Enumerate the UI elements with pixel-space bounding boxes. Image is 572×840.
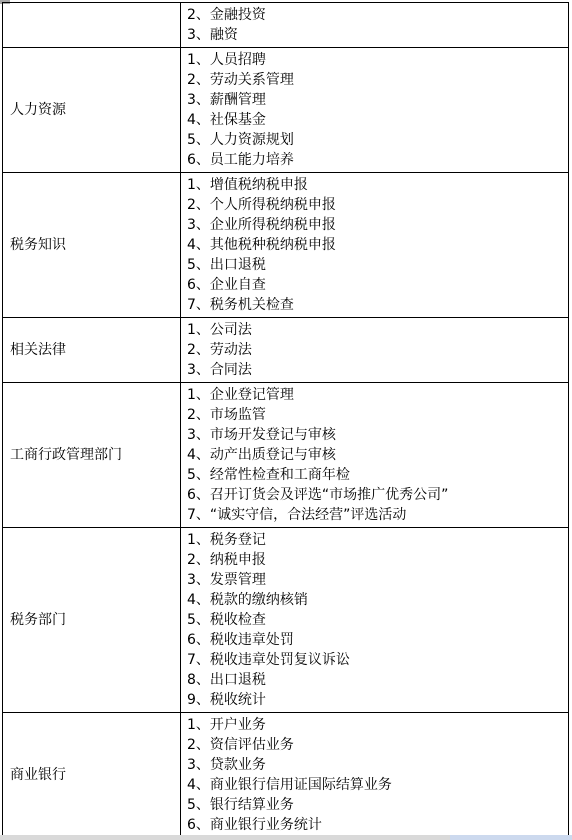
list-item: 4、税款的缴纳核销 [187,590,566,610]
table-row: 相关法律 1、公司法 2、劳动法 3、合同法 [3,318,569,383]
category-cell[interactable]: 人力资源 [3,48,181,173]
list-item: 2、纳税申报 [187,550,566,570]
list-item: 3、融资 [187,25,566,45]
list-item: 9、税收统计 [187,690,566,710]
category-cell[interactable]: 相关法律 [3,318,181,383]
list-item: 5、经常性检查和工商年检 [187,465,566,485]
items-cell[interactable]: 1、公司法 2、劳动法 3、合同法 [181,318,569,383]
list-item: 3、市场开发登记与审核 [187,425,566,445]
items-cell[interactable]: 2、金融投资 3、融资 [181,3,569,48]
table-row: 商业银行 1、开户业务 2、资信评估业务 3、贷款业务 4、商业银行信用证国际结… [3,713,569,838]
list-item: 6、商业银行业务统计 [187,815,566,835]
category-items-table: 2、金融投资 3、融资 人力资源 1、人员招聘 2、劳动关系管理 3、薪酬管理 … [2,2,569,838]
items-cell[interactable]: 1、人员招聘 2、劳动关系管理 3、薪酬管理 4、社保基金 5、人力资源规划 6… [181,48,569,173]
list-item: 4、其他税种税纳税申报 [187,235,566,255]
category-cell[interactable]: 商业银行 [3,713,181,838]
table-row: 2、金融投资 3、融资 [3,3,569,48]
list-item: 3、企业所得税纳税申报 [187,215,566,235]
bottom-edge-blue-artifact [450,835,572,840]
table-body: 2、金融投资 3、融资 人力资源 1、人员招聘 2、劳动关系管理 3、薪酬管理 … [3,3,569,838]
list-item: 2、个人所得税纳税申报 [187,195,566,215]
list-item: 7、“诚实守信，合法经营”评选活动 [187,505,566,525]
list-item: 8、出口退税 [187,670,566,690]
list-item: 1、增值税纳税申报 [187,175,566,195]
category-cell[interactable] [3,3,181,48]
table-row: 税务部门 1、税务登记 2、纳税申报 3、发票管理 4、税款的缴纳核销 5、税收… [3,528,569,713]
list-item: 2、市场监管 [187,405,566,425]
items-cell[interactable]: 1、增值税纳税申报 2、个人所得税纳税申报 3、企业所得税纳税申报 4、其他税种… [181,173,569,318]
list-item: 6、企业自查 [187,275,566,295]
list-item: 6、召开订货会及评选“市场推广优秀公司” [187,485,566,505]
list-item: 2、资信评估业务 [187,735,566,755]
list-item: 3、合同法 [187,360,566,380]
bottom-edge-artifact [0,835,572,840]
list-item: 4、商业银行信用证国际结算业务 [187,775,566,795]
list-item: 2、劳动关系管理 [187,70,566,90]
list-item: 1、开户业务 [187,715,566,735]
list-item: 6、员工能力培养 [187,150,566,170]
list-item: 6、税收违章处罚 [187,630,566,650]
list-item: 2、劳动法 [187,340,566,360]
items-cell[interactable]: 1、开户业务 2、资信评估业务 3、贷款业务 4、商业银行信用证国际结算业务 5… [181,713,569,838]
list-item: 5、税收检查 [187,610,566,630]
table-row: 税务知识 1、增值税纳税申报 2、个人所得税纳税申报 3、企业所得税纳税申报 4… [3,173,569,318]
list-item: 3、薪酬管理 [187,90,566,110]
list-item: 4、动产出质登记与审核 [187,445,566,465]
list-item: 1、税务登记 [187,530,566,550]
category-cell[interactable]: 税务部门 [3,528,181,713]
table-row: 工商行政管理部门 1、企业登记管理 2、市场监管 3、市场开发登记与审核 4、动… [3,383,569,528]
category-cell[interactable]: 税务知识 [3,173,181,318]
list-item: 1、公司法 [187,320,566,340]
list-item: 4、社保基金 [187,110,566,130]
list-item: 7、税务机关检查 [187,295,566,315]
list-item: 1、人员招聘 [187,50,566,70]
list-item: 1、企业登记管理 [187,385,566,405]
list-item: 5、出口退税 [187,255,566,275]
items-cell[interactable]: 1、税务登记 2、纳税申报 3、发票管理 4、税款的缴纳核销 5、税收检查 6、… [181,528,569,713]
items-cell[interactable]: 1、企业登记管理 2、市场监管 3、市场开发登记与审核 4、动产出质登记与审核 … [181,383,569,528]
list-item: 3、贷款业务 [187,755,566,775]
list-item: 7、税收违章处罚复议诉讼 [187,650,566,670]
list-item: 5、银行结算业务 [187,795,566,815]
list-item: 3、发票管理 [187,570,566,590]
category-cell[interactable]: 工商行政管理部门 [3,383,181,528]
list-item: 5、人力资源规划 [187,130,566,150]
list-item: 2、金融投资 [187,5,566,25]
table-row: 人力资源 1、人员招聘 2、劳动关系管理 3、薪酬管理 4、社保基金 5、人力资… [3,48,569,173]
